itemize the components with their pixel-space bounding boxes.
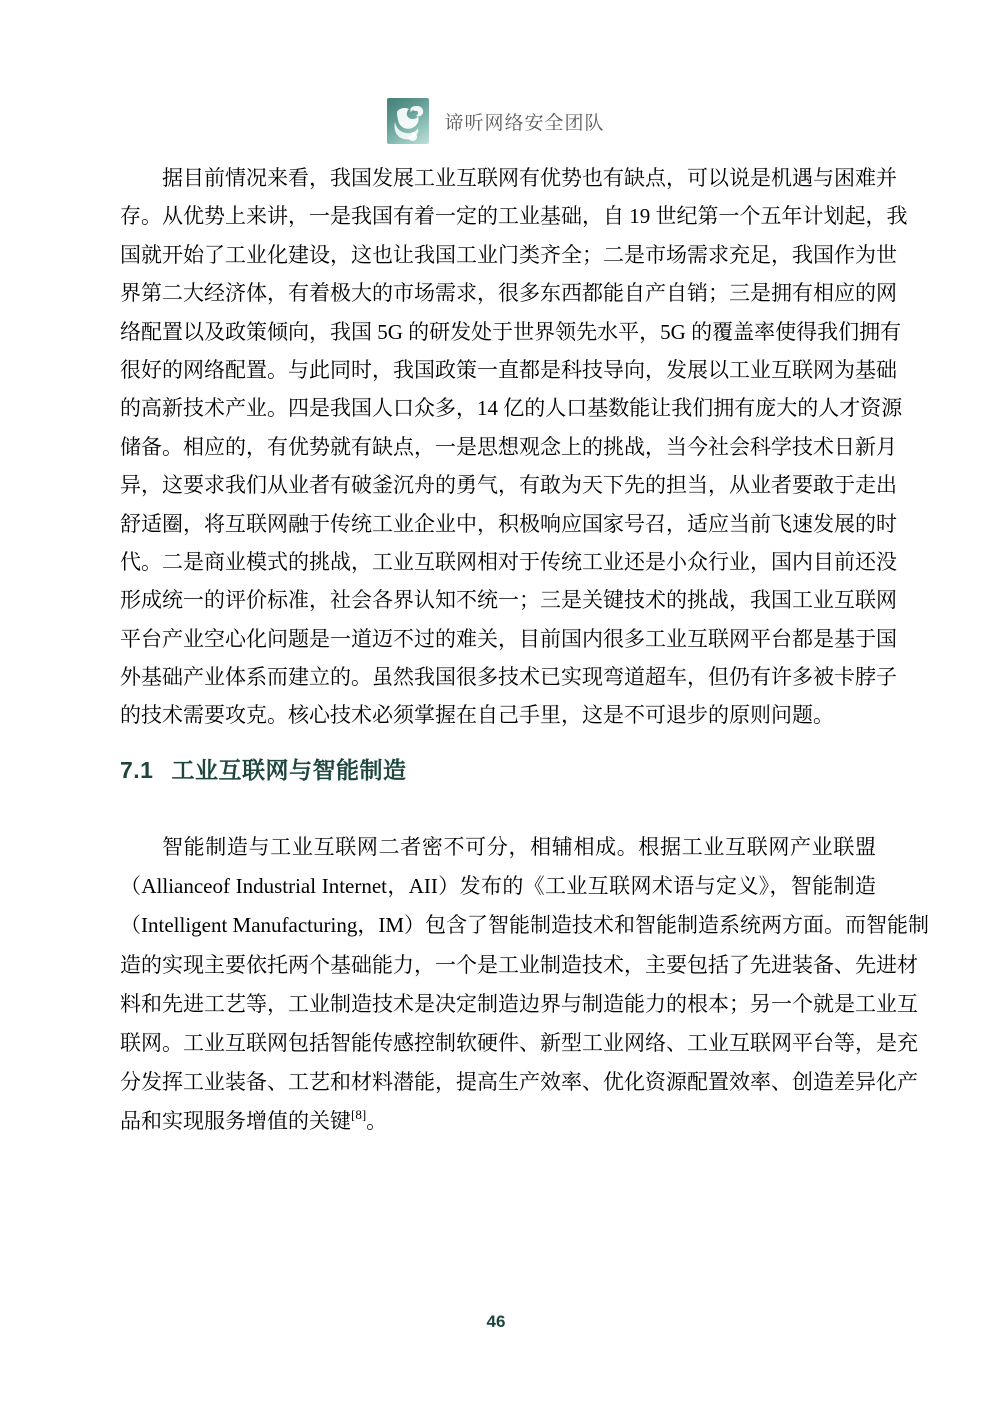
text-segment: 品和实现服务增值的关键 (120, 1109, 351, 1133)
paragraph-2: 智能制造与工业互联网二者密不可分，相辅相成。根据工业互联网产业联盟 （Allia… (120, 828, 876, 1142)
seal-beast-logo-icon (387, 98, 429, 144)
text-line: 国就开始了工业化建设，这也让我国工业门类齐全；二是市场需求充足，我国作为世 (120, 236, 876, 274)
text-line: 分发挥工业装备、工艺和材料潜能，提高生产效率、优化资源配置效率、创造差异化产 (120, 1063, 876, 1102)
text-line: （Intelligent Manufacturing，IM）包含了智能制造技术和… (120, 906, 876, 945)
text-line: 联网。工业互联网包括智能传感控制软硬件、新型工业网络、工业互联网平台等，是充 (120, 1024, 876, 1063)
document-page: 谛听网络安全团队 据目前情况来看，我国发展工业互联网有优势也有缺点，可以说是机遇… (0, 0, 992, 1403)
section-heading-7-1: 7.1 工业互联网与智能制造 (120, 752, 406, 785)
text-line: 代。二是商业模式的挑战，工业互联网相对于传统工业还是小众行业，国内目前还没 (120, 543, 876, 581)
text-line: 外基础产业体系而建立的。虽然我国很多技术已实现弯道超车，但仍有许多被卡脖子 (120, 658, 876, 696)
section-title: 工业互联网与智能制造 (171, 752, 406, 785)
text-line-with-citation: 品和实现服务增值的关键[8]。 (120, 1102, 876, 1141)
text-line: 舒适圈，将互联网融于传统工业企业中，积极响应国家号召，适应当前飞速发展的时 (120, 505, 876, 543)
text-line: 储备。相应的，有优势就有缺点，一是思想观念上的挑战，当今社会科学技术日新月 (120, 428, 876, 466)
text-line: 的高新技术产业。四是我国人口众多，14 亿的人口基数能让我们拥有庞大的人才资源 (120, 389, 876, 427)
text-line: 形成统一的评价标准，社会各界认知不统一；三是关键技术的挑战，我国工业互联网 (120, 581, 876, 619)
beast-glyph (387, 98, 429, 144)
text-line: 料和先进工艺等，工业制造技术是决定制造边界与制造能力的根本；另一个就是工业互 (120, 985, 876, 1024)
text-segment: 。 (366, 1109, 387, 1133)
text-line: 很好的网络配置。与此同时，我国政策一直都是科技导向，发展以工业互联网为基础 (120, 351, 876, 389)
page-header: 谛听网络安全团队 (0, 98, 992, 144)
text-line: 的技术需要攻克。核心技术必须掌握在自己手里，这是不可退步的原则问题。 (120, 696, 876, 734)
text-line: 平台产业空心化问题是一道迈不过的难关，目前国内很多工业互联网平台都是基于国 (120, 620, 876, 658)
team-name: 谛听网络安全团队 (444, 108, 604, 135)
text-line: 据目前情况来看，我国发展工业互联网有优势也有缺点，可以说是机遇与困难并 (120, 159, 876, 197)
text-line: 界第二大经济体，有着极大的市场需求，很多东西都能自产自销；三是拥有相应的网 (120, 274, 876, 312)
text-line: （Allianceof Industrial Internet，AII）发布的《… (120, 867, 876, 906)
text-line: 智能制造与工业互联网二者密不可分，相辅相成。根据工业互联网产业联盟 (120, 828, 876, 867)
text-line: 异，这要求我们从业者有破釜沉舟的勇气，有敢为天下先的担当，从业者要敢于走出 (120, 466, 876, 504)
text-line: 造的实现主要依托两个基础能力，一个是工业制造技术，主要包括了先进装备、先进材 (120, 946, 876, 985)
text-line: 络配置以及政策倾向，我国 5G 的研发处于世界领先水平，5G 的覆盖率使得我们拥… (120, 313, 876, 351)
paragraph-1: 据目前情况来看，我国发展工业互联网有优势也有缺点，可以说是机遇与困难并 存。从优… (120, 159, 876, 735)
text-line: 存。从优势上来讲，一是我国有着一定的工业基础，自 19 世纪第一个五年计划起，我 (120, 197, 876, 235)
page-number: 46 (0, 1312, 992, 1332)
citation-ref: [8] (351, 1107, 366, 1122)
section-number: 7.1 (120, 757, 153, 784)
